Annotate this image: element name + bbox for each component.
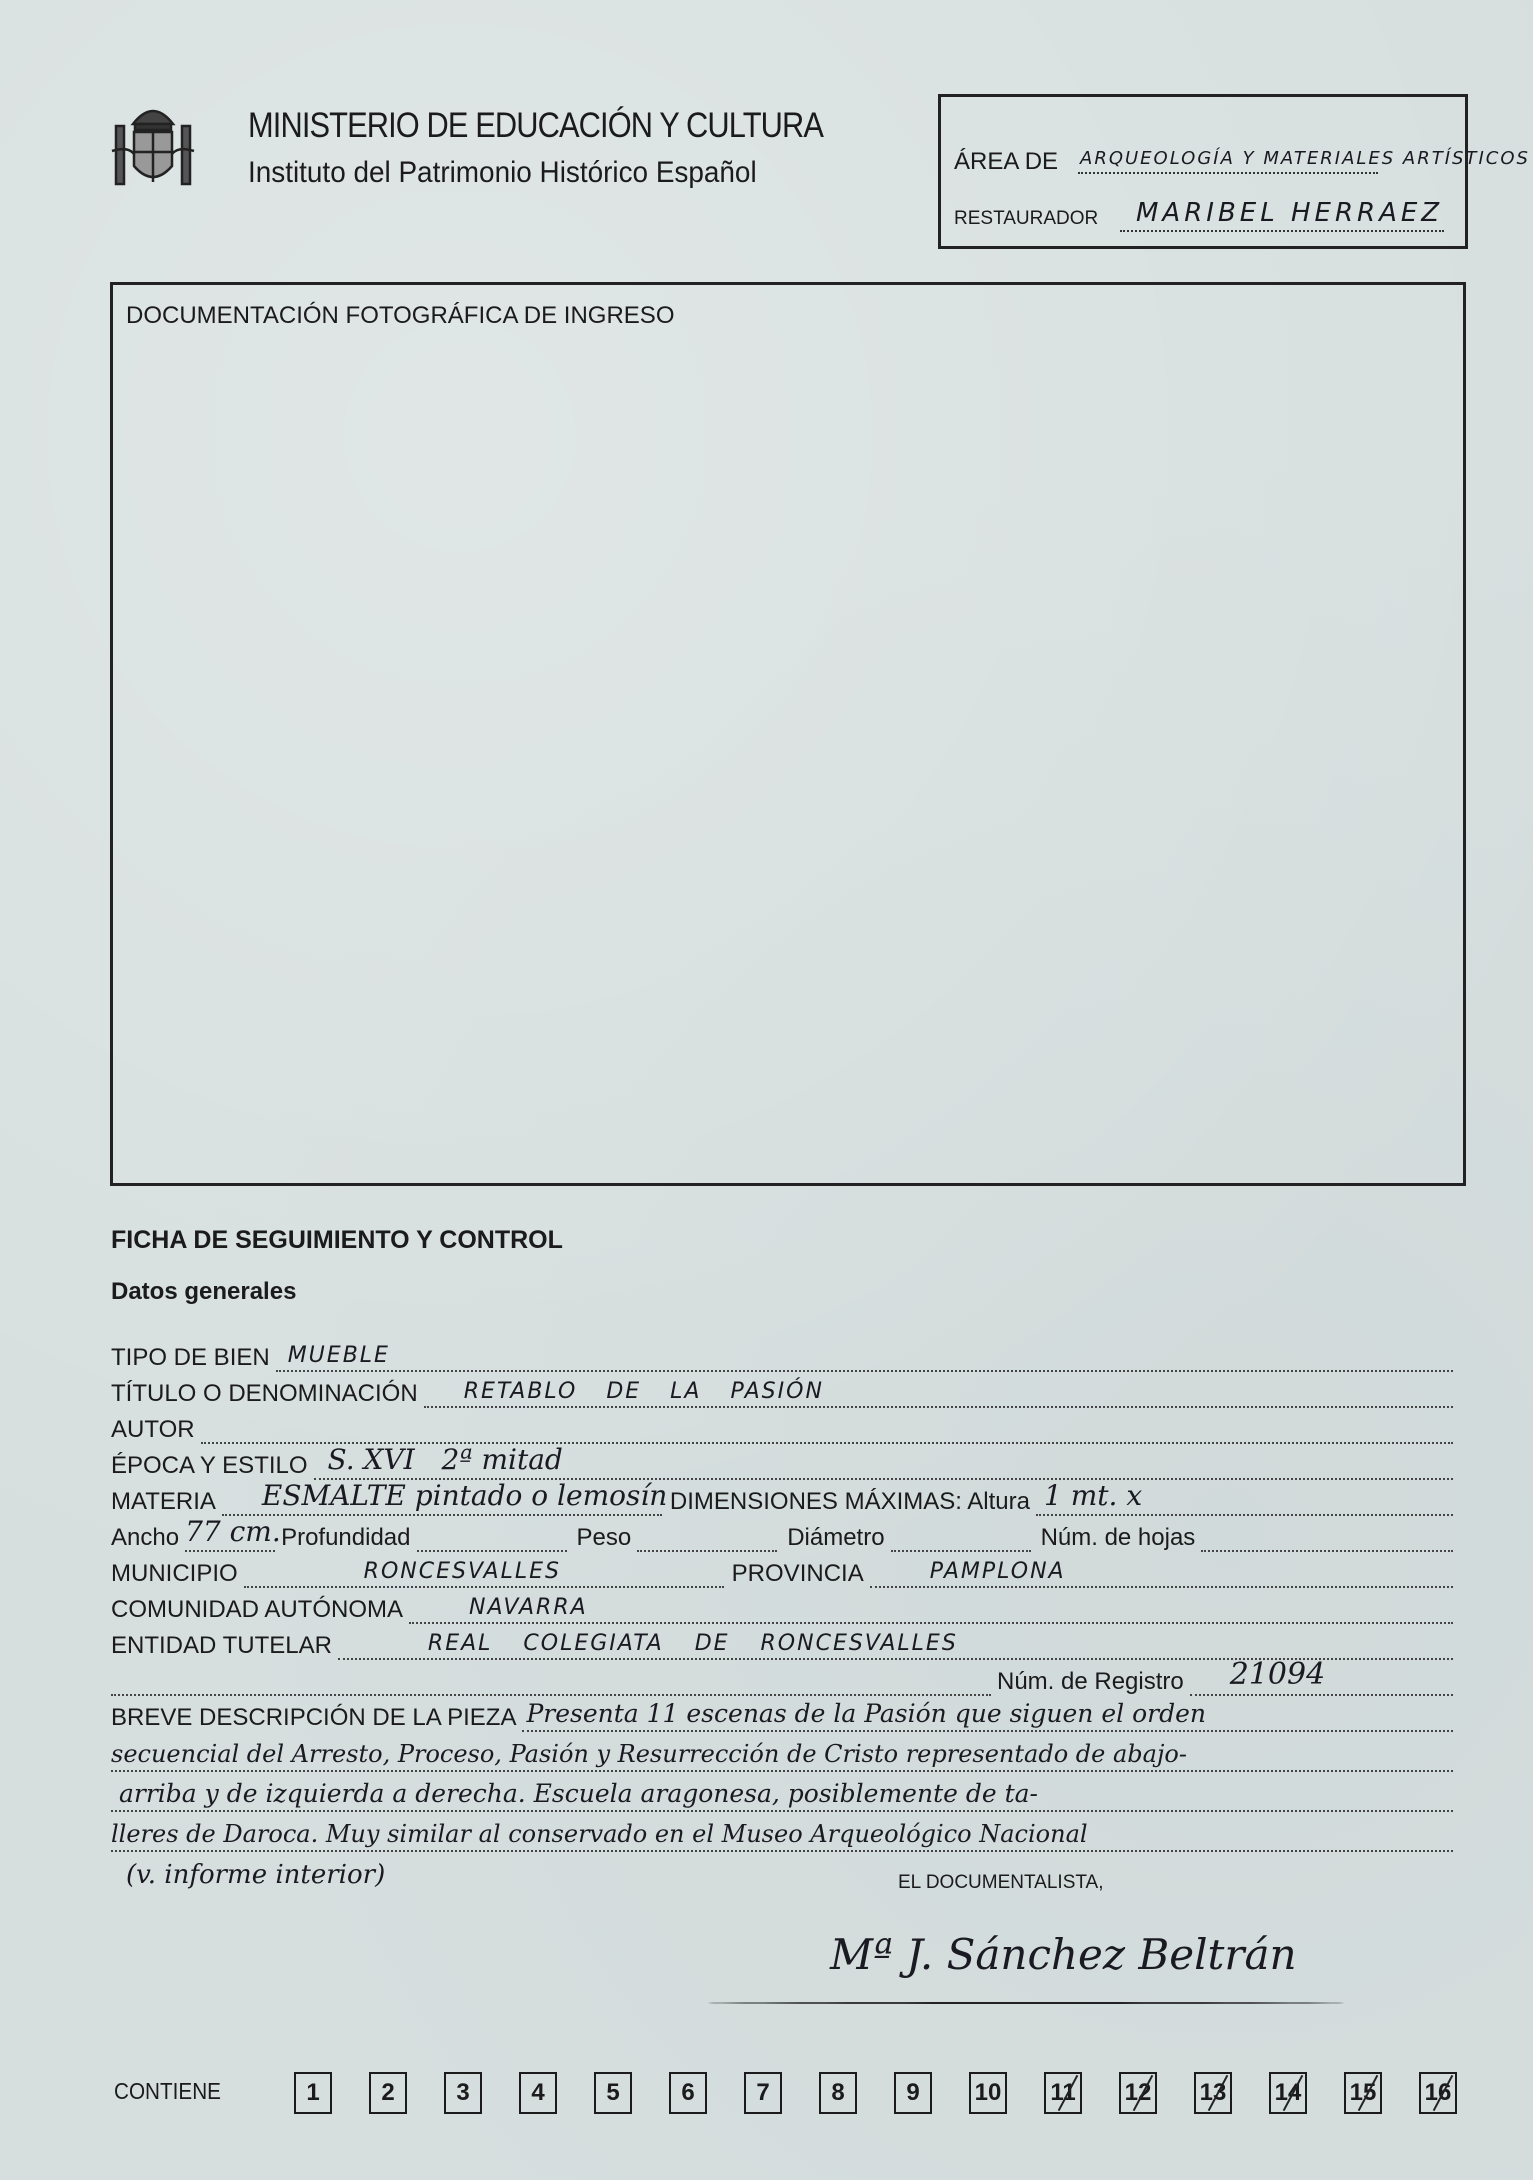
tipo-bien-value: MUEBLE	[288, 1343, 390, 1368]
provincia-value: PAMPLONA	[930, 1559, 1066, 1584]
contiene-box-9[interactable]: 9	[894, 2072, 932, 2114]
row-titulo: TÍTULO O DENOMINACIÓN RETABLO DE LA PASI…	[111, 1372, 1453, 1408]
ministry-title: MINISTERIO DE EDUCACIÓN Y CULTURA	[248, 106, 823, 146]
altura-value: 1 mt. x	[1044, 1479, 1142, 1512]
contiene-box-10[interactable]: 10	[969, 2072, 1007, 2114]
titulo-field[interactable]: RETABLO DE LA PASIÓN	[424, 1380, 1453, 1408]
peso-label: Peso	[567, 1524, 638, 1552]
materia-field[interactable]: ESMALTE pintado o lemosín	[222, 1488, 662, 1516]
ancho-label: Ancho	[111, 1524, 185, 1552]
row-registro: Núm. de Registro 21094	[111, 1660, 1453, 1696]
epoca-value: S. XVI 2ª mitad	[328, 1443, 563, 1476]
photo-section-title: DOCUMENTACIÓN FOTOGRÁFICA DE INGRESO	[126, 302, 674, 330]
contiene-box-15[interactable]: 15	[1344, 2072, 1382, 2114]
comunidad-label: COMUNIDAD AUTÓNOMA	[111, 1596, 409, 1624]
contiene-boxes: 12345678910111213141516	[294, 2072, 1457, 2114]
entidad-value: REAL COLEGIATA DE RONCESVALLES	[428, 1631, 958, 1656]
contiene-box-8[interactable]: 8	[819, 2072, 857, 2114]
autor-field[interactable]	[201, 1416, 1453, 1444]
tipo-bien-field[interactable]: MUEBLE	[276, 1344, 1453, 1372]
municipio-label: MUNICIPIO	[111, 1560, 244, 1588]
titulo-label: TÍTULO O DENOMINACIÓN	[111, 1380, 424, 1408]
area-value: ARQUEOLOGÍA Y MATERIALES ARTÍSTICOS	[1080, 148, 1530, 169]
registro-label: Núm. de Registro	[991, 1668, 1190, 1696]
ancho-value: 77 cm.	[185, 1515, 281, 1548]
descripcion-line-5: (v. informe interior)	[126, 1860, 385, 1890]
signature-line	[708, 2002, 1344, 2004]
row-medidas: Ancho 77 cm. Profundidad Peso Diámetro N…	[111, 1516, 1453, 1552]
row-materia: MATERIA ESMALTE pintado o lemosín DIMENS…	[111, 1480, 1453, 1516]
ficha-title: FICHA DE SEGUIMIENTO Y CONTROL	[111, 1226, 563, 1255]
municipio-field[interactable]: RONCESVALLES	[244, 1560, 724, 1588]
num-hojas-label: Núm. de hojas	[1031, 1524, 1202, 1552]
autor-label: AUTOR	[111, 1416, 201, 1444]
contiene-box-12[interactable]: 12	[1119, 2072, 1157, 2114]
comunidad-value: NAVARRA	[469, 1595, 588, 1620]
contiene-box-7[interactable]: 7	[744, 2072, 782, 2114]
institute-subtitle: Instituto del Patrimonio Histórico Españ…	[248, 156, 757, 190]
materia-value: ESMALTE pintado o lemosín	[262, 1479, 667, 1512]
contiene-box-3[interactable]: 3	[444, 2072, 482, 2114]
descripcion-field-line-3[interactable]: arriba y de izquierda a derecha. Escuela…	[111, 1784, 1453, 1812]
restaurador-value: MARIBEL HERRAEZ	[1136, 198, 1443, 228]
profundidad-label: Profundidad	[275, 1524, 416, 1552]
descripcion-line-2: secuencial del Arresto, Proceso, Pasión …	[111, 1740, 1187, 1768]
registro-value: 21094	[1230, 1657, 1325, 1692]
contiene-box-13[interactable]: 13	[1194, 2072, 1232, 2114]
diametro-label: Diámetro	[777, 1524, 890, 1552]
entidad-field[interactable]: REAL COLEGIATA DE RONCESVALLES	[338, 1632, 1453, 1660]
titulo-value: RETABLO DE LA PASIÓN	[464, 1379, 824, 1404]
descripcion-line-4: lleres de Daroca. Muy similar al conserv…	[111, 1820, 1088, 1848]
documentalista-signature: Mª J. Sánchez Beltrán	[830, 1930, 1297, 1979]
coat-of-arms-logo	[108, 96, 198, 192]
photo-documentation-box	[110, 282, 1466, 1186]
contiene-box-11[interactable]: 11	[1044, 2072, 1082, 2114]
ficha-subtitle: Datos generales	[111, 1278, 296, 1306]
contiene-box-14[interactable]: 14	[1269, 2072, 1307, 2114]
contiene-box-6[interactable]: 6	[669, 2072, 707, 2114]
contiene-label: CONTIENE	[114, 2078, 221, 2105]
descripcion-field-line-4[interactable]: lleres de Daroca. Muy similar al conserv…	[111, 1824, 1453, 1852]
contiene-box-5[interactable]: 5	[594, 2072, 632, 2114]
altura-field[interactable]: 1 mt. x	[1036, 1488, 1453, 1516]
comunidad-field[interactable]: NAVARRA	[409, 1596, 1453, 1624]
row-comunidad: COMUNIDAD AUTÓNOMA NAVARRA	[111, 1588, 1453, 1624]
contiene-box-16[interactable]: 16	[1419, 2072, 1457, 2114]
dimensiones-label: DIMENSIONES MÁXIMAS: Altura	[662, 1488, 1036, 1516]
row-descripcion-3: arriba y de izquierda a derecha. Escuela…	[111, 1776, 1453, 1812]
row-descripcion-2: secuencial del Arresto, Proceso, Pasión …	[111, 1736, 1453, 1772]
row-autor: AUTOR	[111, 1408, 1453, 1444]
tipo-bien-label: TIPO DE BIEN	[111, 1344, 276, 1372]
registro-leading-dots	[111, 1668, 991, 1696]
contiene-box-1[interactable]: 1	[294, 2072, 332, 2114]
documentalista-label: EL DOCUMENTALISTA,	[898, 1872, 1104, 1894]
peso-field[interactable]	[637, 1524, 777, 1552]
descripcion-line-1: Presenta 11 escenas de la Pasión que sig…	[526, 1699, 1206, 1728]
restaurador-label: RESTAURADOR	[954, 208, 1098, 230]
num-hojas-field[interactable]	[1201, 1524, 1453, 1552]
area-label: ÁREA DE	[954, 148, 1058, 176]
spanish-coat-of-arms-icon	[108, 96, 198, 192]
row-entidad: ENTIDAD TUTELAR REAL COLEGIATA DE RONCES…	[111, 1624, 1453, 1660]
diametro-field[interactable]	[891, 1524, 1031, 1552]
epoca-label: ÉPOCA Y ESTILO	[111, 1452, 314, 1480]
materia-label: MATERIA	[111, 1488, 222, 1516]
entidad-label: ENTIDAD TUTELAR	[111, 1632, 338, 1660]
epoca-field[interactable]: S. XVI 2ª mitad	[314, 1452, 1453, 1480]
municipio-value: RONCESVALLES	[364, 1559, 561, 1584]
descripcion-line-3: arriba y de izquierda a derecha. Escuela…	[119, 1779, 1038, 1808]
row-descripcion-4: lleres de Daroca. Muy similar al conserv…	[111, 1816, 1453, 1852]
row-municipio: MUNICIPIO RONCESVALLES PROVINCIA PAMPLON…	[111, 1552, 1453, 1588]
contiene-box-4[interactable]: 4	[519, 2072, 557, 2114]
provincia-label: PROVINCIA	[724, 1560, 870, 1588]
row-descripcion: BREVE DESCRIPCIÓN DE LA PIEZA Presenta 1…	[111, 1696, 1453, 1732]
registro-field[interactable]: 21094	[1190, 1668, 1453, 1696]
profundidad-field[interactable]	[417, 1524, 567, 1552]
row-epoca: ÉPOCA Y ESTILO S. XVI 2ª mitad	[111, 1444, 1453, 1480]
provincia-field[interactable]: PAMPLONA	[870, 1560, 1453, 1588]
descripcion-label: BREVE DESCRIPCIÓN DE LA PIEZA	[111, 1704, 522, 1732]
contiene-box-2[interactable]: 2	[369, 2072, 407, 2114]
descripcion-field-line-1[interactable]: Presenta 11 escenas de la Pasión que sig…	[522, 1704, 1453, 1732]
descripcion-field-line-2[interactable]: secuencial del Arresto, Proceso, Pasión …	[111, 1744, 1453, 1772]
row-tipo-bien: TIPO DE BIEN MUEBLE	[111, 1336, 1453, 1372]
ancho-field[interactable]: 77 cm.	[185, 1524, 275, 1552]
